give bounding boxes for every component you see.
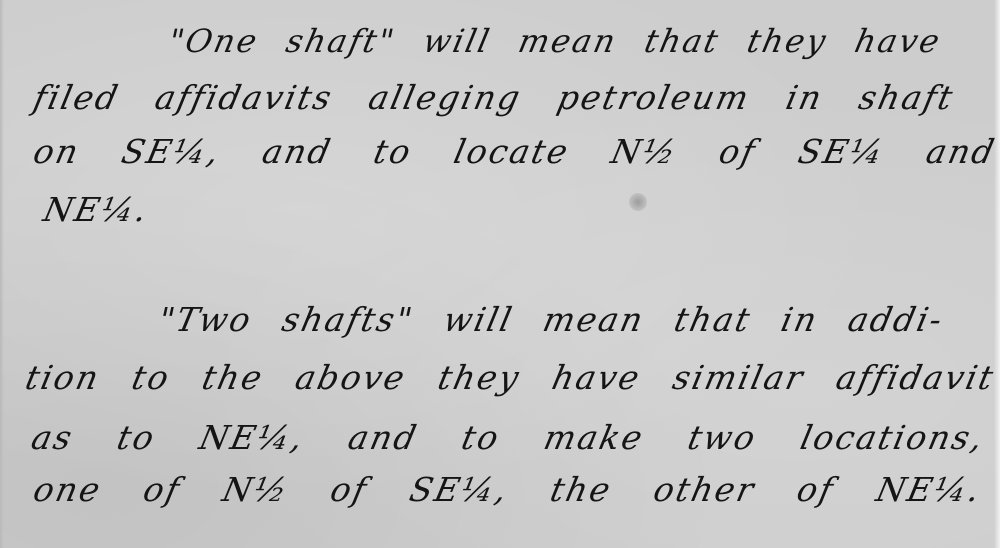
text-line: NE¼. [40,190,153,229]
text-line: one of N½ of SE¼, the other of NE¼. [30,470,985,509]
paper-edge-left [0,0,4,548]
handwritten-document: "One shaft" will mean that they have fil… [0,0,1000,548]
text-line: tion to the above they have similar affi… [22,358,999,397]
ink-stain [629,193,647,211]
text-line: "One shaft" will mean that they have [165,22,945,60]
text-line: on SE¼, and to locate N½ of SE¼ and S½ o… [30,132,1000,171]
text-line: filed affidavits alleging petroleum in s… [30,78,958,117]
paper-edge-right [994,0,1000,548]
text-line: "Two shafts" will mean that in addi- [155,300,948,339]
text-line: as to NE¼, and to make two locations, [28,418,988,457]
